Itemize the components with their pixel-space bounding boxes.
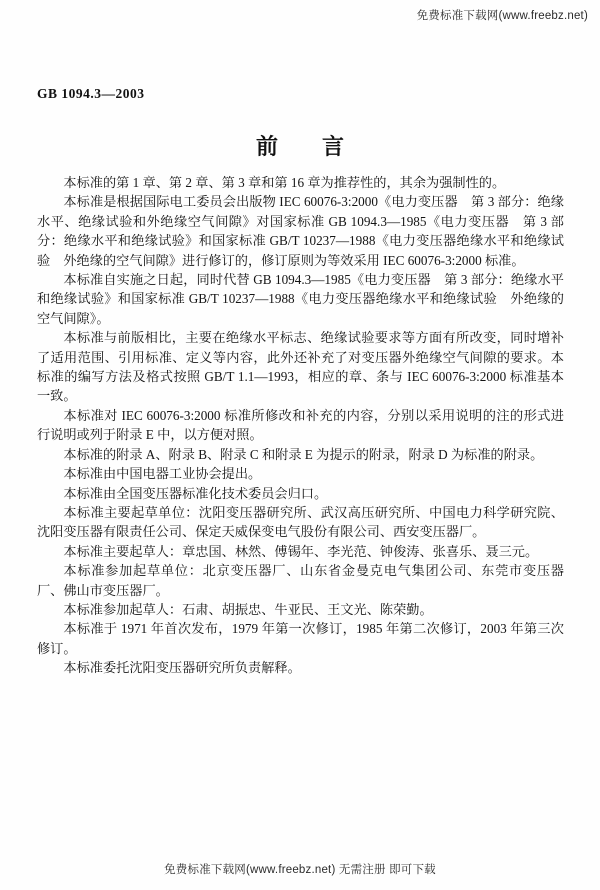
paragraph: 本标准自实施之日起，同时代替 GB 1094.3—1985《电力变压器 第 3 … bbox=[37, 270, 564, 328]
page-title: 前 言 bbox=[0, 130, 600, 161]
paragraph: 本标准对 IEC 60076-3:2000 标准所修改和补充的内容，分别以采用说… bbox=[37, 406, 564, 445]
paragraph: 本标准参加起草单位：北京变压器厂、山东省金曼克电气集团公司、东莞市变压器厂、佛山… bbox=[37, 561, 564, 600]
paragraph: 本标准由全国变压器标准化技术委员会归口。 bbox=[37, 484, 564, 503]
standard-number: GB 1094.3—2003 bbox=[37, 86, 145, 102]
watermark-top-right: 免费标准下载网(www.freebz.net) bbox=[417, 7, 588, 23]
paragraph: 本标准由中国电器工业协会提出。 bbox=[37, 464, 564, 483]
paragraph: 本标准是根据国际电工委员会出版物 IEC 60076-3:2000《电力变压器 … bbox=[37, 192, 564, 270]
paragraph: 本标准于 1971 年首次发布，1979 年第一次修订，1985 年第二次修订，… bbox=[37, 619, 564, 658]
paragraph: 本标准的第 1 章、第 2 章、第 3 章和第 16 章为推荐性的，其余为强制性… bbox=[37, 173, 564, 192]
watermark-bottom: 免费标准下载网(www.freebz.net) 无需注册 即可下载 bbox=[0, 861, 600, 877]
paragraph: 本标准主要起草单位：沈阳变压器研究所、武汉高压研究所、中国电力科学研究院、沈阳变… bbox=[37, 503, 564, 542]
paragraph: 本标准委托沈阳变压器研究所负责解释。 bbox=[37, 658, 564, 677]
document-body: 本标准的第 1 章、第 2 章、第 3 章和第 16 章为推荐性的，其余为强制性… bbox=[37, 173, 564, 678]
document-page: 免费标准下载网(www.freebz.net) GB 1094.3—2003 前… bbox=[0, 0, 600, 890]
paragraph: 本标准的附录 A、附录 B、附录 C 和附录 E 为提示的附录，附录 D 为标准… bbox=[37, 445, 564, 464]
paragraph: 本标准与前版相比，主要在绝缘水平标志、绝缘试验要求等方面有所改变，同时增补了适用… bbox=[37, 328, 564, 406]
paragraph: 本标准参加起草人：石肃、胡振忠、牛亚民、王文光、陈荣勤。 bbox=[37, 600, 564, 619]
paragraph: 本标准主要起草人：章忠国、林然、傅锡年、李光范、钟俊涛、张喜乐、聂三元。 bbox=[37, 542, 564, 561]
